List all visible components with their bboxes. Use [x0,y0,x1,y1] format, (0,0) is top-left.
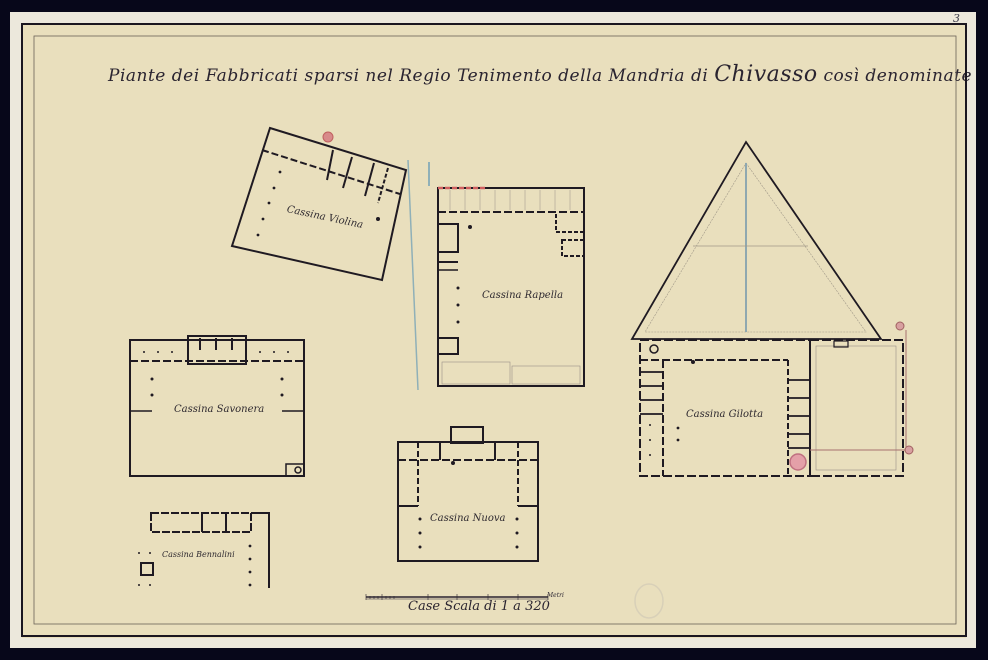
architectural-plans [0,0,988,660]
label-nuova: Cassina Nuova [430,513,505,524]
inner-frame-line [34,36,956,624]
label-rapella: Cassina Rapella [482,290,563,301]
boundary-line-blue [408,160,418,390]
outer-frame-line [22,24,966,636]
plan-cassina-rapella [438,188,584,386]
plan-cassina-gilotta [632,142,913,476]
scale-caption: Case Scala di 1 a 320 [408,599,550,614]
plan-cassina-violina [232,128,406,280]
scale-unit: Metri [547,592,564,599]
label-bennalini: Cassina Bennalini [162,550,235,559]
archive-stamp [635,584,663,618]
label-savonera: Cassina Savonera [174,404,264,415]
plan-cassina-nuova [398,427,538,561]
label-gilotta: Cassina Gilotta [686,409,763,420]
